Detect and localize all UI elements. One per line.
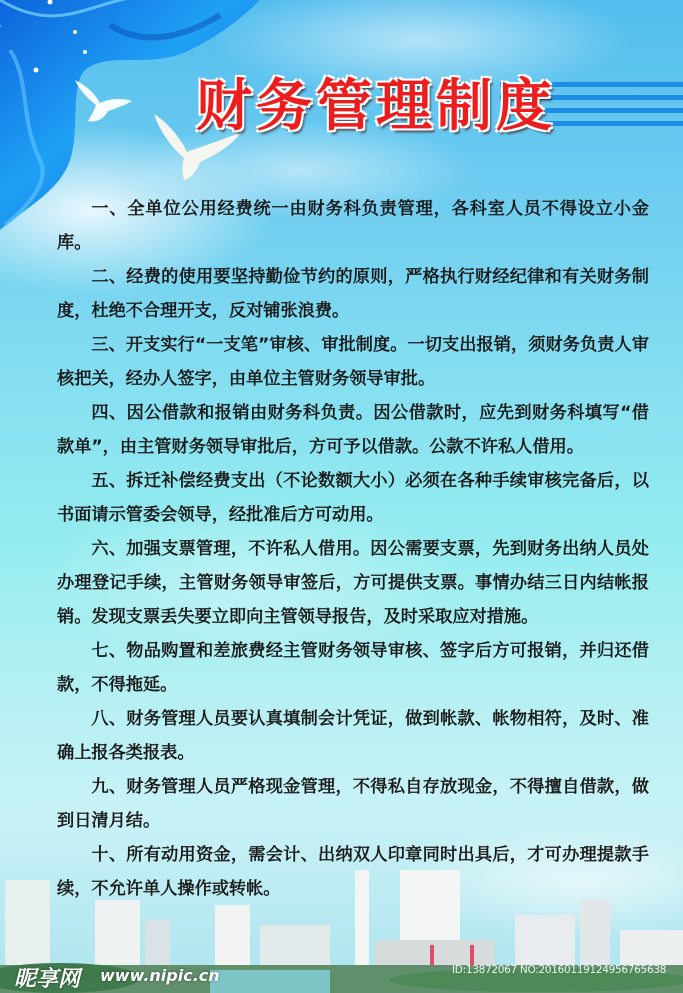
regulation-item-3: 三、开支实行“一支笔”审核、审批制度。一切支出报销，须财务负责人审核把关，经办人… xyxy=(57,328,649,396)
regulation-item-8: 八、财务管理人员要认真填制会计凭证，做到帐款、帐物相符，及时、准确上报各类报表。 xyxy=(57,702,649,770)
regulation-item-1: 一、全单位公用经费统一由财务科负责管理，各科室人员不得设立小金库。 xyxy=(57,192,649,260)
regulation-text: 一、全单位公用经费统一由财务科负责管理，各科室人员不得设立小金库。 二、经费的使… xyxy=(57,192,649,906)
regulation-item-7: 七、物品购置和差旅费经主管财务领导审核、签字后方可报销，并归还借款，不得拖延。 xyxy=(57,634,649,702)
regulation-item-5: 五、拆迁补偿经费支出（不论数额大小）必须在各种手续审核完备后，以书面请示管委会领… xyxy=(57,464,649,532)
watermark-id: ID:13872067 NO:20160119124956765638 xyxy=(452,964,666,976)
regulation-item-10: 十、所有动用资金，需会计、出纳双人印章同时出具后，才可办理提款手续，不允许单人操… xyxy=(57,838,649,906)
regulation-item-2: 二、经费的使用要坚持勤俭节约的原则，严格执行财经纪律和有关财务制度，杜绝不合理开… xyxy=(57,260,649,328)
regulation-item-9: 九、财务管理人员严格现金管理，不得私自存放现金，不得擅自借款，做到日清月结。 xyxy=(57,770,649,838)
poster: 财务管理制度 一、全单位公用经费统一由财务科负责管理，各科室人员不得设立小金库。… xyxy=(0,0,683,993)
watermark-url: www.nipic.cn xyxy=(100,966,220,985)
regulation-item-4: 四、因公借款和报销由财务科负责。因公借款时，应先到财务科填写“借款单”，由主管财… xyxy=(57,396,649,464)
dove-icon xyxy=(70,75,140,125)
watermark-logo: 昵享网 xyxy=(14,962,80,993)
regulation-item-6: 六、加强支票管理，不许私人借用。因公需要支票，先到财务出纳人员处办理登记手续，主… xyxy=(57,532,649,634)
poster-title: 财务管理制度 xyxy=(196,72,576,140)
